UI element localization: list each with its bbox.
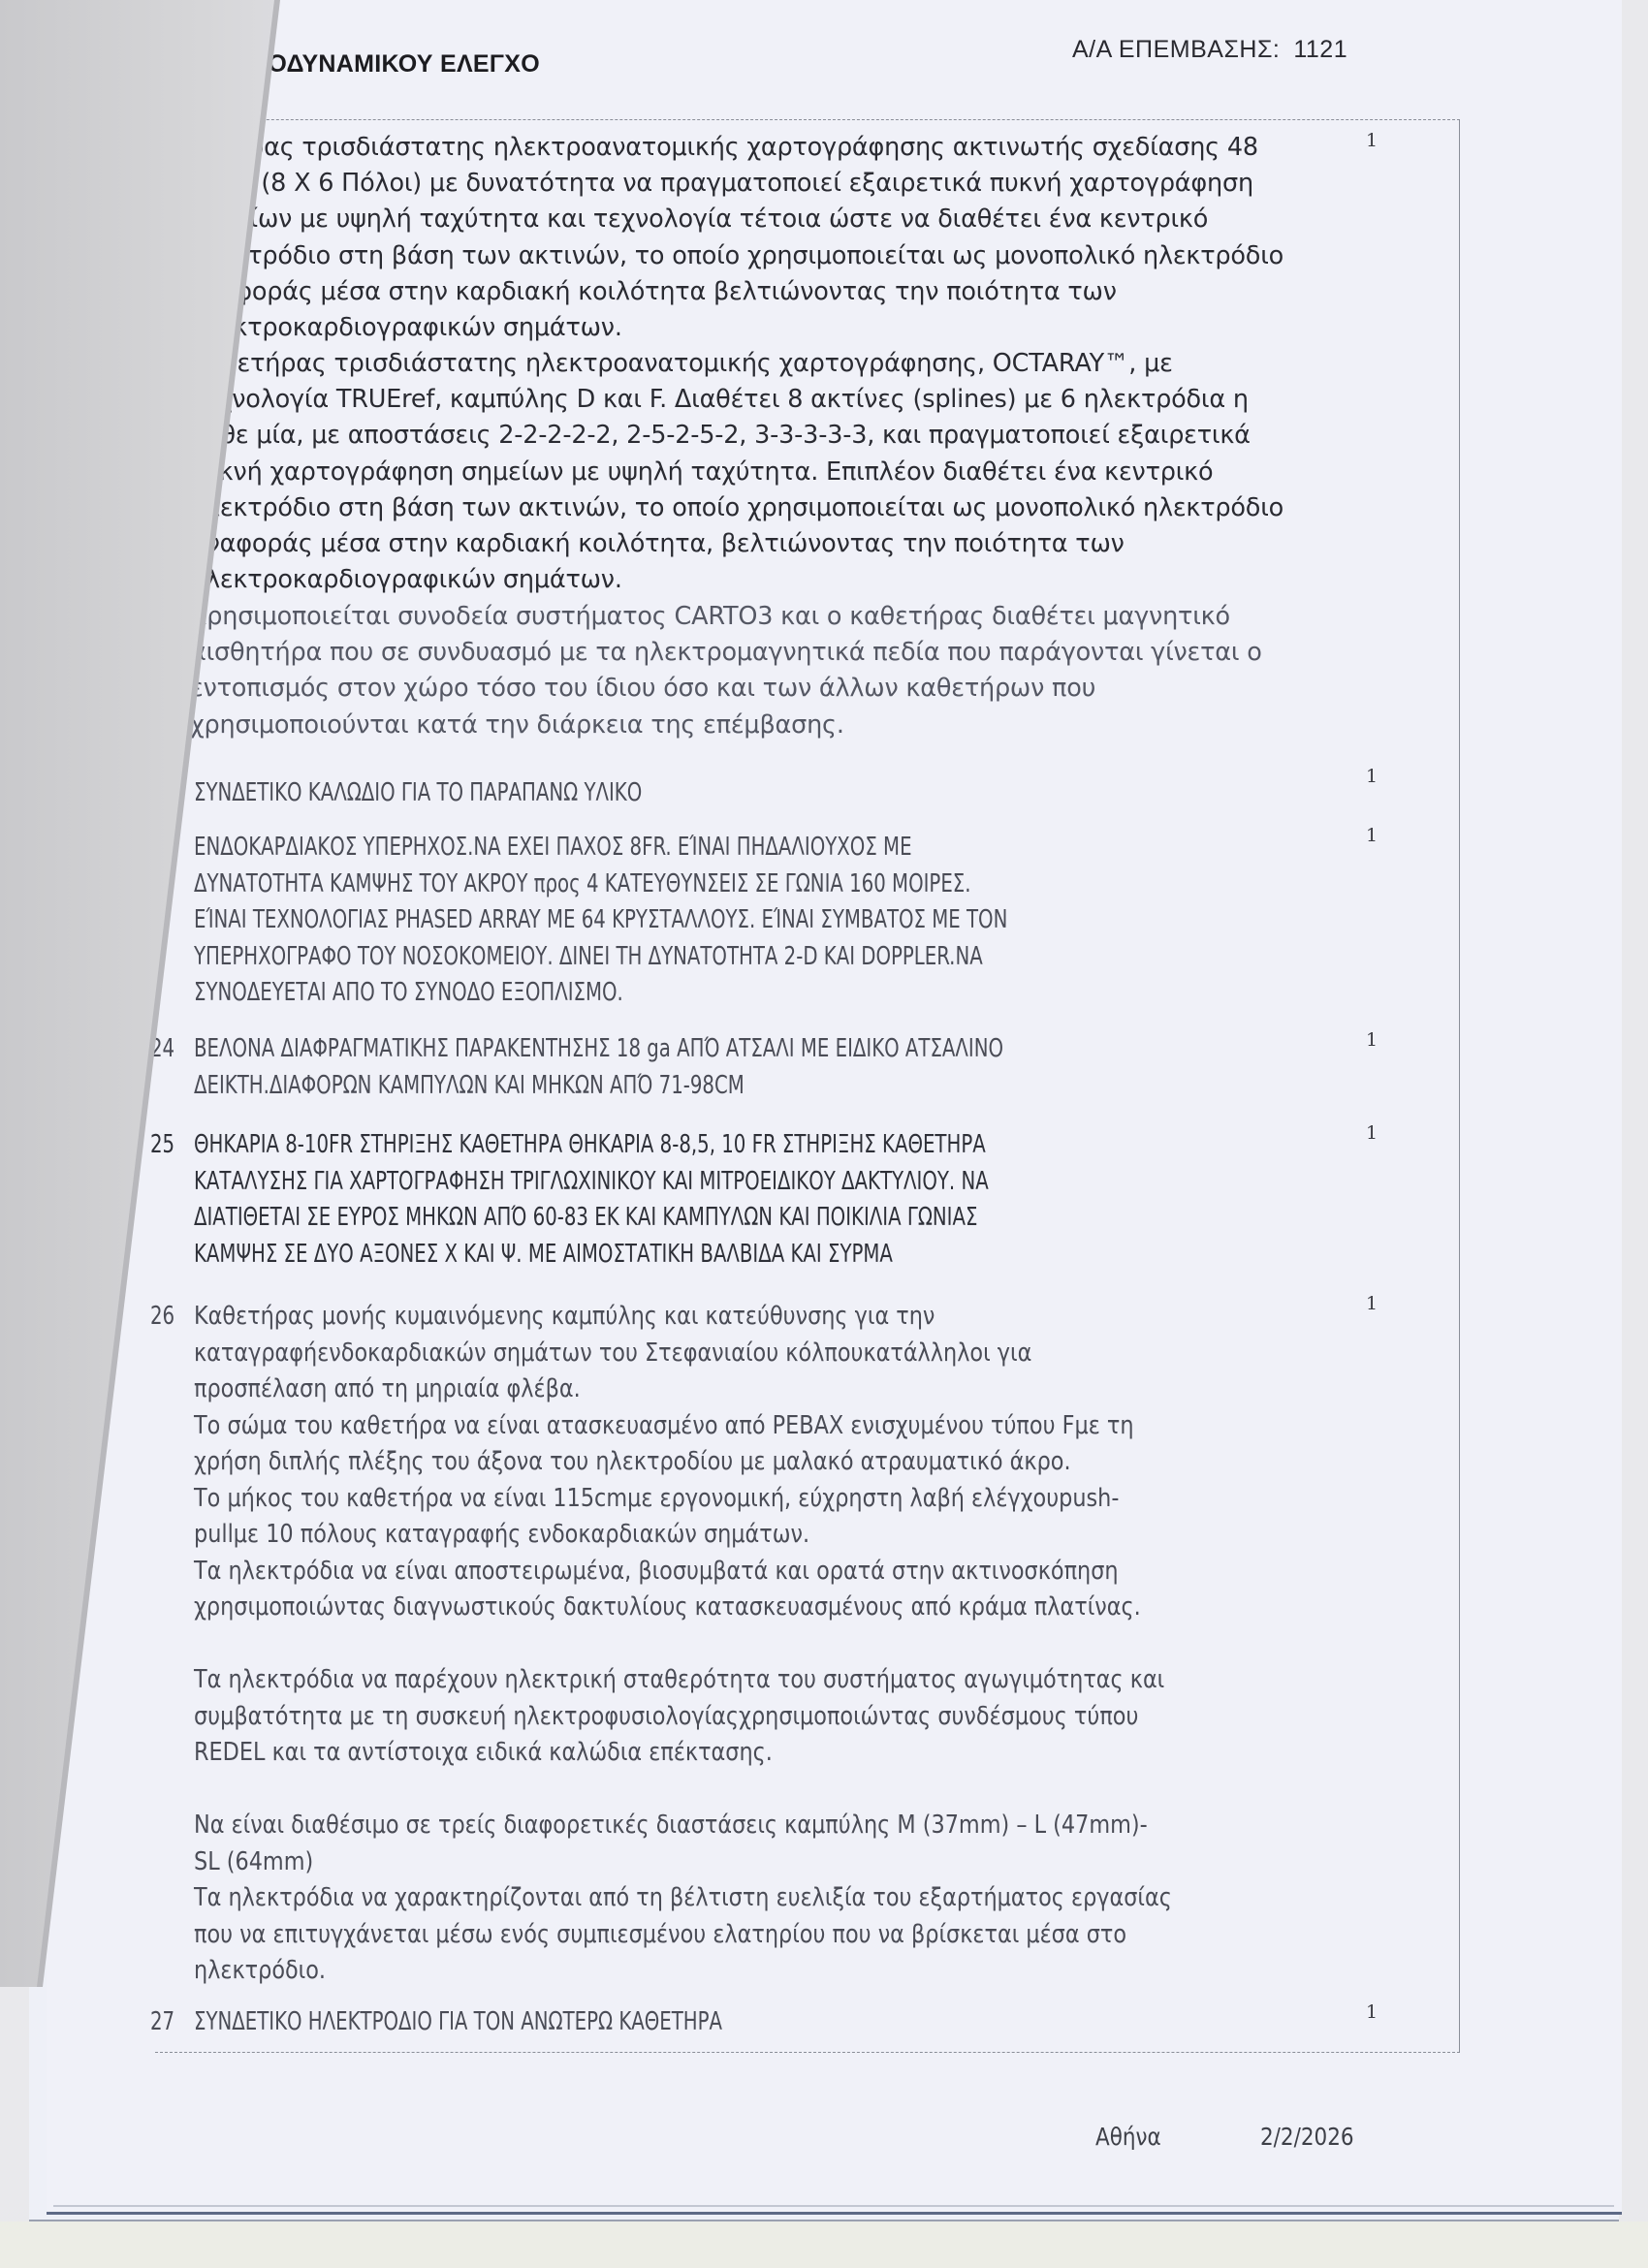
text-line: Χρησιμοποιείται συνοδεία συστήματος CART… bbox=[190, 599, 1353, 635]
item-23-quantity: 1 bbox=[1366, 825, 1378, 846]
text-line: συμβατότητα με τη συσκευή ηλεκτροφυσιολο… bbox=[194, 1699, 1198, 1736]
text-line: καταγραφήενδοκαρδιακών σημάτων του Στεφα… bbox=[194, 1336, 1198, 1372]
item-26: 26 Καθετήρας μονής κυμαινόμενης καμπύλης… bbox=[150, 1299, 1362, 1990]
item-25-quantity: 1 bbox=[1366, 1122, 1378, 1144]
text-line: που να επιτυγχάνεται μέσω ενός συμπιεσμέ… bbox=[194, 1917, 1198, 1954]
text-line: ΕΝΔΟΚΑΡΔΙΑΚΟΣ ΥΠΕΡΗΧΟΣ.ΝΑ ΕΧΕΙ ΠΑΧΟΣ 8FR… bbox=[194, 830, 1198, 866]
text-line: αναφοράς μέσα στην καρδιακή κοιλότητα, β… bbox=[190, 526, 1353, 562]
text-line: χρησιμοποιούνται κατά την διάρκεια της ε… bbox=[190, 708, 1353, 743]
text-line: ΣΥΝΟΔΕΥΕΤΑΙ ΑΠΟ ΤΟ ΣΥΝΟΔΟ ΕΞΟΠΛΙΣΜΟ. bbox=[194, 975, 1198, 1012]
text-line: ηλεκτροκαρδιογραφικών σημάτων. bbox=[190, 562, 1353, 598]
text-line: αναφοράς μέσα στην καρδιακή κοιλότητα βε… bbox=[190, 274, 1353, 310]
text-line: εντοπισμός στον χώρο τόσο του ίδιου όσο … bbox=[190, 671, 1353, 707]
text-line: θετήρας τρισδιάστατης ηλεκτροανατομικής … bbox=[190, 130, 1353, 166]
text-line: κάθε μία, με αποστάσεις 2-2-2-2-2, 2-5-2… bbox=[190, 418, 1353, 454]
footer-date: 2/2/2026 bbox=[1260, 2123, 1354, 2151]
item-21-quantity: 1 bbox=[1366, 130, 1378, 151]
text-line: ΔΕΙΚΤΗ.ΔΙΑΦΟΡΩΝ ΚΑΜΠΥΛΩΝ ΚΑΙ ΜΗΚΩΝ ΑΠΌ 7… bbox=[194, 1068, 1198, 1105]
page-content: ΙΜΟΔΥΝΑΜΙΚΟΥ ΕΛΕΓΧΟ Α/Α ΕΠΕΜΒΑΣΗΣ:1121 θ… bbox=[0, 0, 1648, 2268]
text-line: ΣΥΝΔΕΤΙΚΟ ΚΑΛΩΔΙΟ ΓΙΑ ΤΟ ΠΑΡΑΠΑΝΩ ΥΛΙΚΟ bbox=[194, 775, 1198, 812]
text-line: REDEL και τα αντίστοιχα ειδικά καλώδια ε… bbox=[194, 1735, 1198, 1772]
text-line: προσπέλαση από τη μηριαία φλέβα. bbox=[194, 1371, 1198, 1408]
text-line: ηλεκτρόδιο. bbox=[194, 1953, 1198, 1990]
procedure-label: Α/Α ΕΠΕΜΒΑΣΗΣ: bbox=[1072, 36, 1280, 63]
text-line bbox=[194, 1772, 1198, 1809]
item-27-quantity: 1 bbox=[1366, 2001, 1378, 2023]
item-22: 22 ΣΥΝΔΕΤΙΚΟ ΚΑΛΩΔΙΟ ΓΙΑ ΤΟ ΠΑΡΑΠΑΝΩ ΥΛΙ… bbox=[150, 775, 1362, 812]
item-27: 27 ΣΥΝΔΕΤΙΚΟ ΗΛΕΚΤΡΟΔΙΟ ΓΙΑ ΤΟΝ ΑΝΩΤΕΡΩ … bbox=[150, 2004, 1362, 2041]
text-line: Τα ηλεκτρόδια να είναι αποστειρωμένα, βι… bbox=[194, 1554, 1198, 1591]
text-line bbox=[194, 1626, 1198, 1663]
document-title: ΙΜΟΔΥΝΑΜΙΚΟΥ ΕΛΕΓΧΟ bbox=[240, 50, 540, 79]
item-21-paragraph-2: Καθετήρας τρισδιάστατης ηλεκτροανατομική… bbox=[190, 346, 1353, 598]
text-line: Το σώμα του καθετήρα να είναι ατασκευασμ… bbox=[194, 1408, 1198, 1445]
item-21-paragraph-1: θετήρας τρισδιάστατης ηλεκτροανατομικής … bbox=[190, 130, 1353, 346]
item-23: 23 ΕΝΔΟΚΑΡΔΙΑΚΟΣ ΥΠΕΡΗΧΟΣ.ΝΑ ΕΧΕΙ ΠΑΧΟΣ … bbox=[150, 830, 1362, 1012]
text-line: αισθητήρα που σε συνδυασμό με τα ηλεκτρο… bbox=[190, 635, 1353, 671]
item-number: 26 bbox=[150, 1299, 174, 1336]
text-line: ΚΑΜΨΗΣ ΣΕ ΔΥΟ ΑΞΟΝΕΣ Χ ΚΑΙ Ψ. ΜΕ ΑΙΜΟΣΤΑ… bbox=[194, 1237, 1198, 1274]
text-line: ηλεκτροκαρδιογραφικών σημάτων. bbox=[190, 310, 1353, 346]
text-line: ηλεκτρόδιο στη βάση των ακτινών, το οποί… bbox=[190, 490, 1353, 526]
text-line: Καθετήρας τρισδιάστατης ηλεκτροανατομική… bbox=[190, 346, 1353, 382]
text-line: ΒΕΛΟΝΑ ΔΙΑΦΡΑΓΜΑΤΙΚΗΣ ΠΑΡΑΚΕΝΤΗΣΗΣ 18 ga… bbox=[194, 1031, 1198, 1068]
item-25: 25 ΘΗΚΑΡΙΑ 8-10FR ΣΤΗΡΙΞΗΣ ΚΑΘΕΤΗΡΑ ΘΗΚΑ… bbox=[150, 1127, 1362, 1273]
text-line: ΣΥΝΔΕΤΙΚΟ ΗΛΕΚΤΡΟΔΙΟ ΓΙΑ ΤΟΝ ΑΝΩΤΕΡΩ ΚΑΘ… bbox=[194, 2004, 1198, 2041]
text-line: SL (64mm) bbox=[194, 1844, 1198, 1881]
item-number: 27 bbox=[150, 2004, 174, 2041]
text-line: pullμε 10 πόλους καταγραφής ενδοκαρδιακώ… bbox=[194, 1517, 1198, 1554]
text-line: ΔΥΝΑΤΟΤΗΤΑ ΚΑΜΨΗΣ ΤΟΥ ΑΚΡΟΥ προς 4 ΚΑΤΕΥ… bbox=[194, 866, 1198, 903]
item-21-paragraph-3: Χρησιμοποιείται συνοδεία συστήματος CART… bbox=[190, 599, 1353, 743]
footer-city: Αθήνα bbox=[1095, 2123, 1161, 2151]
item-24: 24 ΒΕΛΟΝΑ ΔΙΑΦΡΑΓΜΑΤΙΚΗΣ ΠΑΡΑΚΕΝΤΗΣΗΣ 18… bbox=[150, 1031, 1362, 1104]
text-line: Τα ηλεκτρόδια να παρέχουν ηλεκτρική σταθ… bbox=[194, 1662, 1198, 1699]
item-26-quantity: 1 bbox=[1366, 1293, 1378, 1314]
item-24-quantity: 1 bbox=[1366, 1029, 1378, 1051]
text-line: σημείων με υψηλή ταχύτητα και τεχνολογία… bbox=[190, 202, 1353, 237]
procedure-number-header: Α/Α ΕΠΕΜΒΑΣΗΣ:1121 bbox=[1072, 36, 1347, 64]
text-line: ΘΗΚΑΡΙΑ 8-10FR ΣΤΗΡΙΞΗΣ ΚΑΘΕΤΗΡΑ ΘΗΚΑΡΙΑ… bbox=[194, 1127, 1198, 1164]
text-line: ΚΑΤΑΛΥΣΗΣ ΓΙΑ ΧΑΡΤΟΓΡΑΦΗΣΗ ΤΡΙΓΛΩΧΙΝΙΚΟΥ… bbox=[194, 1164, 1198, 1201]
text-line: τεχνολογία TRUEref, καμπύλης D και F. Δι… bbox=[190, 382, 1353, 418]
text-line: χρησιμοποιώντας διαγνωστικούς δακτυλίους… bbox=[194, 1590, 1198, 1626]
item-22-quantity: 1 bbox=[1366, 766, 1378, 787]
text-line: ΕΊΝΑΙ ΤΕΧΝΟΛΟΓΙΑΣ PHASED ARRAY ΜΕ 64 ΚΡΥ… bbox=[194, 902, 1198, 939]
text-line: ΥΠΕΡΗΧΟΓΡΑΦΟ ΤΟΥ ΝΟΣΟΚΟΜΕΙΟΥ. ΔΙΝΕΙ ΤΗ Δ… bbox=[194, 939, 1198, 976]
text-line: Το μήκος του καθετήρα να είναι 115cmμε ε… bbox=[194, 1481, 1198, 1518]
text-line: Τα ηλεκτρόδια να χαρακτηρίζονται από τη … bbox=[194, 1880, 1198, 1917]
text-line: ΔΙΑΤΙΘΕΤΑΙ ΣΕ ΕΥΡΟΣ ΜΗΚΩΝ ΑΠΌ 60-83 ΕΚ Κ… bbox=[194, 1200, 1198, 1237]
text-line: όλων (8 Χ 6 Πόλοι) με δυνατότητα να πραγ… bbox=[190, 166, 1353, 202]
text-line: χρήση διπλής πλέξης του άξονα του ηλεκτρ… bbox=[194, 1444, 1198, 1481]
item-number: 25 bbox=[150, 1127, 174, 1164]
text-line: ηλεκτρόδιο στη βάση των ακτινών, το οποί… bbox=[190, 238, 1353, 274]
procedure-number: 1121 bbox=[1293, 36, 1347, 63]
text-line: πυκνή χαρτογράφηση σημείων με υψηλή ταχύ… bbox=[190, 455, 1353, 490]
text-line: Καθετήρας μονής κυμαινόμενης καμπύλης κα… bbox=[194, 1299, 1198, 1336]
text-line: Να είναι διαθέσιμο σε τρείς διαφορετικές… bbox=[194, 1808, 1198, 1844]
